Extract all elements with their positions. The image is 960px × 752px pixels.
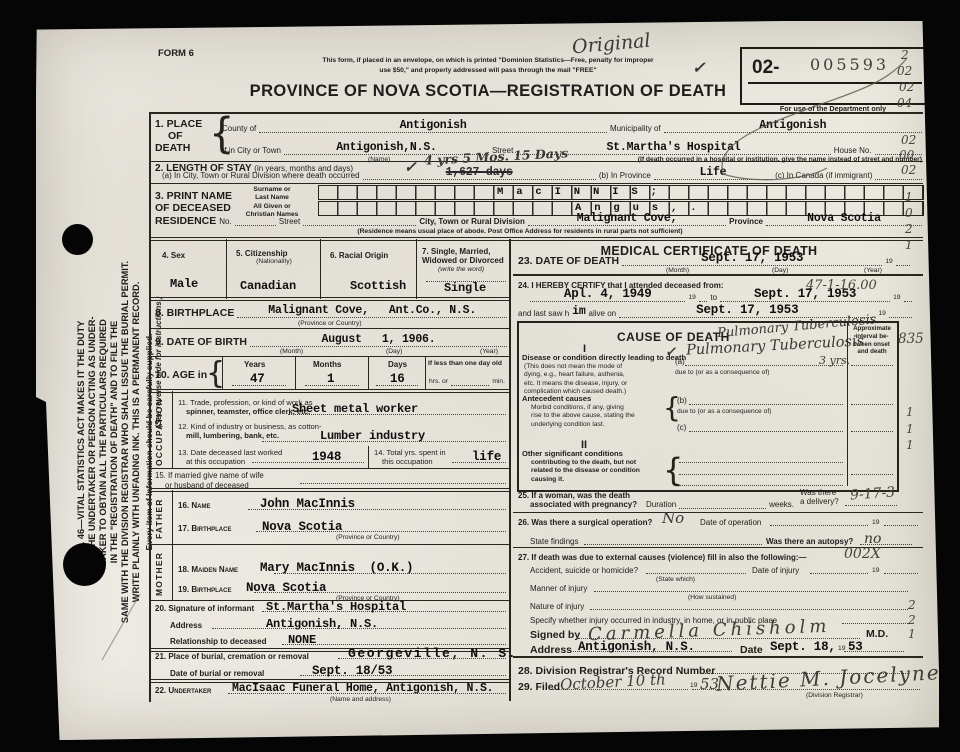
hole-punch bbox=[63, 543, 106, 586]
residence-city-value: Malignant Cove, bbox=[577, 212, 678, 225]
birthplace-field: Malignant Cove, Ant.Co., N.S. bbox=[237, 304, 507, 318]
cause-a-line bbox=[685, 365, 843, 366]
county-field: Antigonish bbox=[259, 119, 607, 133]
state-which-note: (State which) bbox=[656, 576, 695, 584]
residence-province-value: Nova Scotia bbox=[807, 212, 881, 225]
antecedent-label: Antecedent causes bbox=[522, 395, 591, 404]
year-prefix: 19 bbox=[688, 295, 695, 302]
q22-line bbox=[228, 693, 506, 694]
age-hrs-row: hrs. or min. bbox=[429, 374, 505, 386]
age-years-value: 47 bbox=[250, 372, 265, 386]
age-hrs-field bbox=[451, 374, 489, 386]
filed-date-line bbox=[552, 689, 688, 690]
operation-date-label: Date of operation bbox=[700, 518, 761, 527]
marital-value: Single bbox=[444, 281, 486, 295]
q14-line bbox=[452, 462, 506, 463]
relationship-label: Relationship to deceased bbox=[170, 637, 266, 646]
stay-a-field: 1,627 days bbox=[363, 166, 596, 180]
residence-province-label: Province bbox=[729, 218, 763, 226]
signed-date-value: Sept. 18, bbox=[770, 640, 836, 654]
column-divider bbox=[509, 239, 511, 701]
group-divider bbox=[172, 544, 173, 600]
other-line bbox=[679, 474, 843, 475]
cause-c-line bbox=[689, 431, 843, 432]
to-label: to bbox=[710, 294, 717, 302]
age-label: 10. AGE in bbox=[155, 369, 207, 381]
due-to-b: due to (or as a consequence of) bbox=[677, 408, 771, 416]
nature-label: Nature of injury bbox=[530, 602, 584, 611]
surname-value: MacINNIS; bbox=[497, 186, 670, 198]
q27-label: 27. If death was due to external causes … bbox=[518, 553, 807, 562]
autopsy-line bbox=[860, 544, 912, 545]
age-days-label: Days bbox=[388, 360, 407, 369]
findings-label: State findings bbox=[530, 537, 578, 546]
informant-address-line bbox=[212, 628, 506, 629]
attended-to-field: Sept. 17, 1953 bbox=[720, 287, 890, 302]
him-inserted: im bbox=[572, 305, 585, 318]
q23-value: Sept. 17, 1953 bbox=[701, 251, 803, 265]
year-prefix: 19 bbox=[838, 645, 845, 653]
residence-street-field bbox=[303, 214, 416, 226]
rule-heavy bbox=[513, 656, 923, 658]
residence-city-field: Malignant Cove, bbox=[528, 212, 726, 226]
attended-from-value: Apl. 4, 1949 bbox=[564, 287, 652, 301]
rule-double bbox=[149, 297, 510, 301]
dob-value: August 1, 1906. bbox=[322, 333, 436, 346]
other-line bbox=[679, 462, 843, 463]
stay-b-label: (b) In Province bbox=[599, 172, 651, 180]
q13-line bbox=[252, 462, 364, 463]
spacer-field bbox=[699, 290, 707, 302]
operation-year-line bbox=[884, 525, 918, 526]
q18-line bbox=[274, 573, 506, 574]
cause-of-death-box: Approximate interval be- tween onset and… bbox=[517, 321, 899, 492]
rule-double bbox=[149, 237, 923, 241]
margin-code: 1 bbox=[905, 238, 913, 252]
margin-tick: 1 bbox=[906, 422, 914, 436]
marital-underline bbox=[426, 281, 506, 282]
q26-label: 26. Was there a surgical operation? bbox=[518, 518, 652, 527]
residence-street-label: Street bbox=[279, 218, 300, 226]
q25-duration-row: Duration weeks. bbox=[646, 498, 794, 509]
other-conditions-label: Other significant conditions bbox=[522, 450, 623, 459]
q23-label: 23. DATE OF DEATH bbox=[518, 256, 619, 267]
stay-a-struck-value: 1,627 days bbox=[446, 166, 513, 179]
margin-tick: 2 bbox=[908, 613, 916, 627]
margin-tick: 2 bbox=[908, 598, 916, 612]
place-label: 1. PLACE OF DEATH bbox=[155, 118, 202, 154]
sec46-line: SAME WITH THE DIVISION REGISTRAR WHO SHA… bbox=[120, 232, 131, 652]
delivery-label: Was there a delivery? bbox=[800, 488, 839, 506]
md-label: M.D. bbox=[866, 628, 888, 640]
q22-label: 22. Undertaker bbox=[155, 686, 211, 695]
year-prefix: 19 bbox=[872, 519, 879, 527]
form-number: FORM 6 bbox=[158, 49, 194, 60]
q27-margin-code: 002X bbox=[844, 546, 881, 562]
age-months-label: Months bbox=[313, 360, 341, 369]
signed-date-line bbox=[844, 651, 904, 652]
q16-line bbox=[248, 509, 506, 510]
name-note: (Name) bbox=[368, 156, 390, 164]
racial-origin-value: Scottish bbox=[350, 279, 406, 293]
how-sustained-note: (How sustained) bbox=[688, 594, 736, 602]
q18-label: 18. Maiden Name bbox=[178, 565, 238, 574]
lead-cause-label: Disease or condition directly leading to… bbox=[522, 354, 686, 363]
form-left-border bbox=[149, 112, 151, 702]
father-group-label: FATHER bbox=[154, 496, 164, 542]
other-line bbox=[679, 485, 843, 486]
residence-no-label: No. bbox=[219, 218, 231, 226]
margin-tick: 1 bbox=[908, 627, 916, 641]
citizenship-value: Canadian bbox=[240, 279, 296, 293]
sec46-line: WRITE PLAINLY WITH UNFADING INK. THIS IS… bbox=[131, 232, 142, 652]
q16-label: 16. Name bbox=[178, 501, 210, 510]
accident-label: Accident, suicide or homicide? bbox=[530, 566, 638, 575]
occupation-group-label: OCCUPATION bbox=[154, 398, 164, 466]
q12-label: 12. Kind of industry or business, as cot… bbox=[178, 422, 322, 441]
attended-from-row: Apl. 4, 1949 19 to Sept. 17, 1953 19 bbox=[530, 290, 912, 302]
last-seen-label1: and last saw h bbox=[518, 310, 569, 318]
cause-b-prefix: (b) bbox=[677, 396, 687, 405]
cause-a-prefix: (a) bbox=[675, 357, 685, 366]
weeks-label: weeks. bbox=[769, 501, 794, 509]
duration-field bbox=[679, 497, 766, 509]
q20-label: 20. Signature of informant bbox=[155, 604, 254, 613]
county-value: Antigonish bbox=[400, 119, 467, 132]
residence-row: RESIDENCE No. Street City, Town or Rural… bbox=[155, 214, 922, 226]
q17-note: (Province or Country) bbox=[336, 534, 400, 542]
residence-note: (Residence means usual place of abode. P… bbox=[290, 228, 750, 236]
rule bbox=[149, 356, 510, 357]
citizenship-label: 5. Citizenship bbox=[236, 249, 288, 258]
age-hrs-label: hrs. or bbox=[429, 379, 448, 386]
age-days-line bbox=[376, 385, 418, 386]
pen-stroke-artifact bbox=[655, 50, 925, 190]
sidebar-legal-notice: SEC. 46—VITAL STATISTICS ACT MAKES IT TH… bbox=[76, 232, 155, 652]
cell-divider bbox=[368, 446, 369, 468]
birthplace-label: 8. BIRTHPLACE bbox=[155, 308, 234, 319]
age-years-line bbox=[232, 385, 286, 386]
q19-label: 19. Birthplace bbox=[178, 585, 231, 594]
margin-tick: 1 bbox=[906, 405, 914, 419]
margin-code: 1 bbox=[905, 190, 913, 204]
nature-line bbox=[590, 609, 908, 610]
other-conditions-note: contributing to the death, but not relat… bbox=[531, 459, 640, 484]
division-registrar-note: (Division Registrar) bbox=[806, 692, 863, 700]
age-less-label: If less than one day old bbox=[428, 360, 502, 368]
cell-divider bbox=[226, 239, 227, 299]
rule-heavy bbox=[513, 274, 923, 276]
surname-sublabel: Surname orLast Name bbox=[228, 186, 316, 203]
lead-cause-note: (This does not mean the mode of dying, e… bbox=[524, 363, 627, 397]
findings-line bbox=[584, 544, 762, 545]
relationship-line bbox=[282, 644, 506, 645]
duration-label: Duration bbox=[646, 501, 676, 509]
signed-date-label: Date bbox=[740, 644, 763, 656]
other-brace: { bbox=[663, 451, 683, 489]
county-label: County of bbox=[222, 125, 256, 133]
rule bbox=[149, 468, 510, 469]
interval-line bbox=[851, 474, 893, 475]
rule bbox=[513, 512, 923, 513]
sec46-line: OF THE UNDERTAKER OR PERSON ACTING AS UN… bbox=[87, 232, 98, 652]
citizenship-note: (Nationality) bbox=[236, 258, 312, 266]
residence-label: RESIDENCE bbox=[155, 216, 216, 227]
q29-label: 29. Filed bbox=[518, 681, 560, 693]
registrar-signature-line bbox=[692, 689, 920, 690]
residence-no-field bbox=[235, 214, 276, 226]
q19-line bbox=[254, 592, 506, 593]
autopsy-label: Was there an autopsy? bbox=[766, 537, 853, 546]
antecedent-note: Morbid conditions, if any, giving rise t… bbox=[531, 404, 635, 429]
marital-label: 7. Single, Married, Widowed or Divorced bbox=[422, 247, 504, 265]
cell-divider bbox=[425, 356, 426, 390]
cell-divider bbox=[320, 239, 321, 299]
q14-label: 14. Total yrs. spent in this occupation bbox=[374, 448, 446, 467]
mother-group-label: MOTHER bbox=[154, 551, 164, 597]
racial-origin-label: 6. Racial Origin bbox=[330, 251, 388, 260]
signed-by-label: Signed by bbox=[530, 629, 580, 641]
attended-to-value: Sept. 17, 1953 bbox=[754, 287, 856, 301]
cause-c-prefix: (c) bbox=[677, 423, 686, 432]
age-months-line bbox=[305, 385, 359, 386]
q23-year-field bbox=[896, 254, 910, 266]
rule bbox=[149, 328, 510, 329]
q23-field: Sept. 17, 1953 bbox=[622, 251, 882, 266]
cell-divider bbox=[416, 239, 417, 299]
q21-line bbox=[338, 658, 506, 659]
manner-label: Manner of injury bbox=[530, 584, 587, 593]
age-months-value: 1 bbox=[327, 372, 334, 386]
year-prefix: 19 bbox=[893, 295, 900, 302]
sex-label: 4. Sex bbox=[162, 251, 185, 260]
spacer-field bbox=[904, 290, 912, 302]
q20-line bbox=[262, 611, 506, 612]
group-divider bbox=[172, 490, 173, 545]
operation-date-line bbox=[770, 525, 868, 526]
manner-line bbox=[594, 591, 908, 592]
city-value: Antigonish,N.S. bbox=[336, 141, 437, 154]
burial-date-label: Date of burial or removal bbox=[170, 669, 264, 678]
last-seen-value: Sept. 17, 1953 bbox=[696, 303, 798, 317]
signed-address-label: Address bbox=[530, 644, 572, 656]
rule bbox=[149, 544, 510, 545]
dob-field: August 1, 1906. bbox=[250, 333, 507, 347]
marital-note: (write the word) bbox=[438, 266, 484, 274]
interval-line bbox=[851, 365, 893, 366]
check-mark: ✓ bbox=[404, 158, 417, 176]
delivery-line bbox=[845, 505, 897, 506]
injury-year-line bbox=[884, 573, 918, 574]
q13-label: 13. Date deceased last worked at this oc… bbox=[178, 448, 282, 467]
cell-divider bbox=[295, 356, 296, 390]
injury-date-label: Date of injury bbox=[752, 566, 799, 575]
city-label: If in City or Town bbox=[222, 147, 281, 155]
margin-tick: 1 bbox=[906, 438, 914, 452]
q12-line bbox=[262, 441, 506, 442]
specify-line bbox=[842, 623, 908, 624]
q21-label: 21. Place of burial, cremation or remova… bbox=[155, 652, 309, 661]
age-years-label: Years bbox=[244, 360, 265, 369]
q22-note: (Name and address) bbox=[330, 696, 391, 704]
informant-address-label: Address bbox=[170, 621, 202, 630]
scanned-death-registration: FORM 6 This form, if placed in an envelo… bbox=[0, 0, 960, 752]
q11-line bbox=[288, 414, 506, 415]
sec46-line: IN THE "REGISTRATION OF DEATH" AND TO FI… bbox=[109, 232, 120, 652]
q17-label: 17. Birthplace bbox=[178, 524, 231, 533]
dob-row: 9. DATE OF BIRTH August 1, 1906. bbox=[155, 334, 507, 347]
interval-line bbox=[851, 431, 893, 432]
q25-label: 25. If a woman, was the death associated… bbox=[518, 491, 637, 509]
age-days-value: 16 bbox=[390, 372, 405, 386]
birthplace-row: 8. BIRTHPLACE Malignant Cove, Ant.Co., N… bbox=[155, 305, 507, 318]
stay-a-label: (a) In City, Town or Rural Division wher… bbox=[162, 172, 360, 180]
rule-double bbox=[149, 488, 510, 492]
hole-punch bbox=[62, 224, 93, 255]
sec46-line: SEC. 46—VITAL STATISTICS ACT MAKES IT TH… bbox=[76, 232, 87, 652]
date-of-death-row: 23. DATE OF DEATH Sept. 17, 1953 19 bbox=[518, 254, 910, 266]
cell-divider bbox=[222, 356, 223, 390]
burial-date-line bbox=[300, 675, 506, 676]
group-divider bbox=[172, 391, 173, 468]
residence-province-field: Nova Scotia bbox=[766, 212, 922, 226]
accident-line bbox=[646, 573, 746, 574]
municipality-label: Municipality of bbox=[610, 125, 661, 133]
q17-line bbox=[256, 531, 506, 532]
birthplace-value: Malignant Cove, Ant.Co., N.S. bbox=[268, 304, 476, 317]
q15-line bbox=[300, 483, 506, 484]
signed-address-line bbox=[570, 651, 732, 652]
cell-divider bbox=[368, 356, 369, 390]
year-prefix: 19 bbox=[872, 567, 879, 575]
interval-line bbox=[851, 404, 893, 405]
year-prefix: 19 bbox=[885, 259, 892, 266]
spacer-field bbox=[889, 306, 912, 318]
sex-value: Male bbox=[170, 277, 198, 291]
cause-b-line bbox=[689, 404, 843, 405]
dob-label: 9. DATE OF BIRTH bbox=[155, 337, 247, 348]
q26-no-handwritten: No bbox=[662, 509, 684, 527]
attended-from-field: Apl. 4, 1949 bbox=[530, 287, 685, 302]
print-name-label: 3. PRINT NAME OF DECEASED bbox=[155, 190, 232, 214]
due-to-a: due to (or as a consequence of) bbox=[675, 369, 769, 377]
age-min-label: min. bbox=[492, 379, 505, 386]
injury-date-line bbox=[810, 573, 868, 574]
rule-double bbox=[149, 389, 510, 393]
scratch-artifact bbox=[96, 590, 146, 666]
last-seen-label2: alive on bbox=[589, 310, 617, 318]
sec46-line: TAKER TO OBTAIN ALL THE PARTICULARS REQU… bbox=[98, 232, 109, 652]
delivery-handwritten: 9-17-3 bbox=[849, 484, 895, 503]
residence-city-label: City, Town or Rural Division bbox=[419, 218, 525, 226]
cause-margin-code: 835 bbox=[898, 331, 924, 347]
